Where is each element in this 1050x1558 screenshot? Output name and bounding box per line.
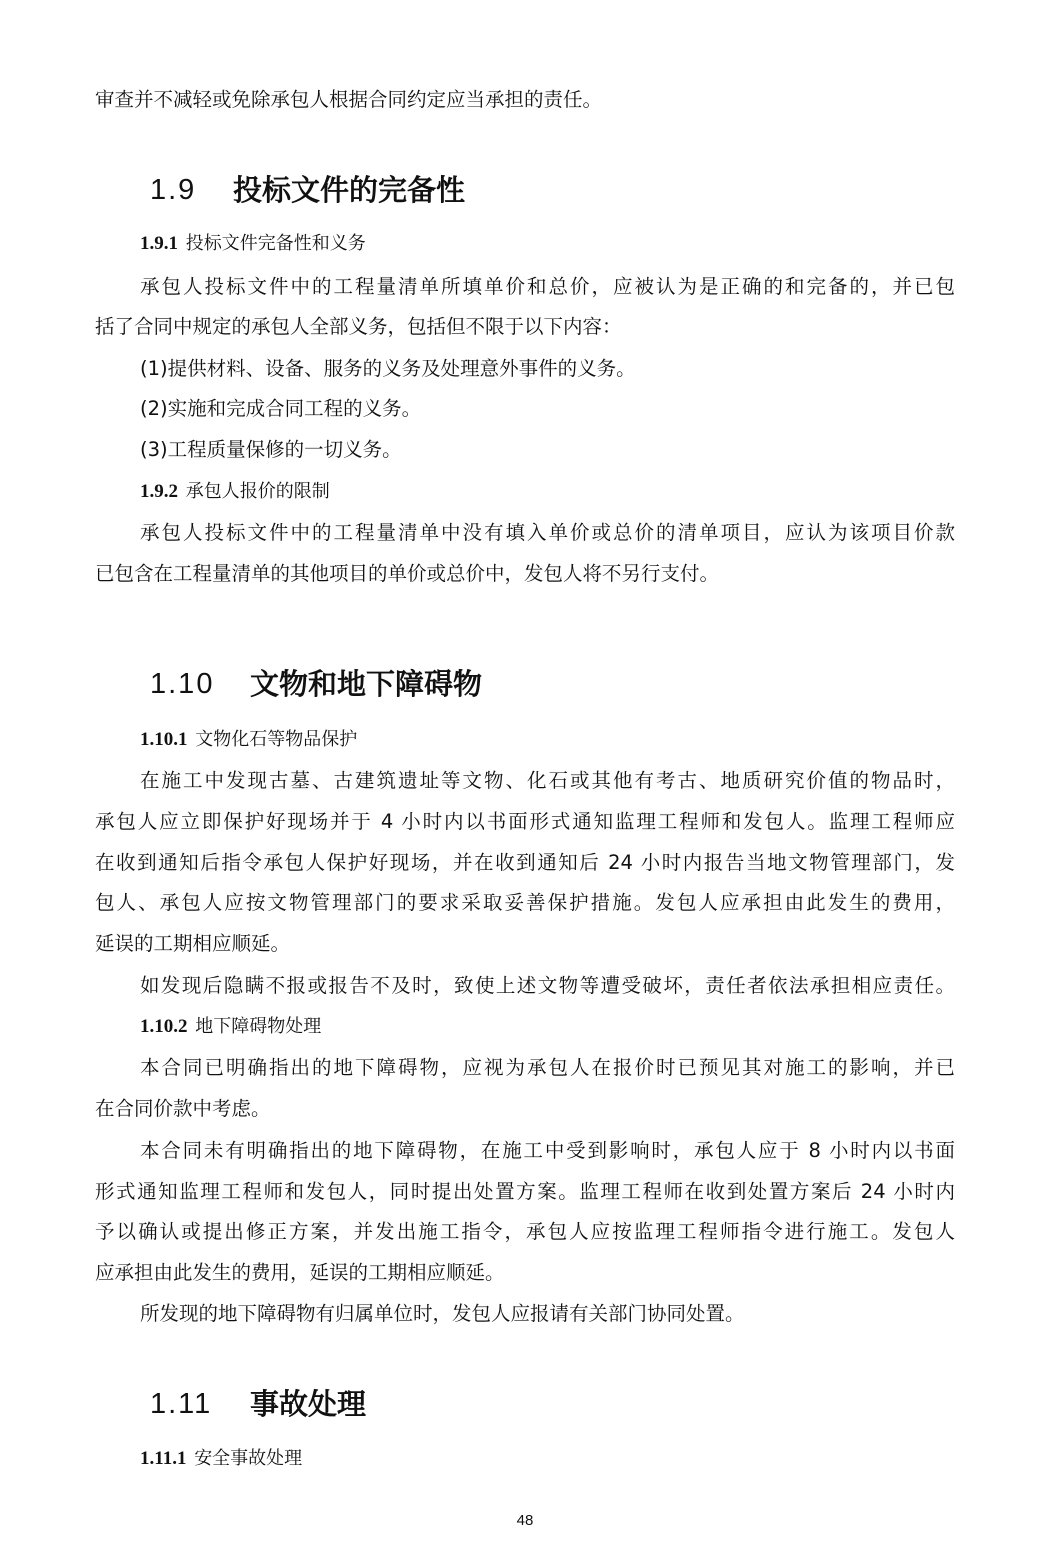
section-title: 文物和地下障碍物: [250, 666, 482, 702]
subsection-heading-1-10-1: 1.10.1 文物化石等物品保护: [140, 728, 357, 752]
subsection-heading-1-10-2: 1.10.2 地下障碍物处理: [140, 1015, 321, 1039]
subsection-title: 安全事故处理: [194, 1448, 302, 1469]
list-item: (1)提供材料、设备、服务的义务及处理意外事件的义务。: [140, 357, 955, 381]
paragraph-line: 应承担由此发生的费用，延误的工期相应顺延。: [95, 1261, 955, 1285]
section-number: 1.9: [150, 172, 196, 208]
paragraph-line: 予以确认或提出修正方案，并发出施工指令，承包人应按监理工程师指令进行施工。发包人: [95, 1220, 955, 1244]
subsection-number: 1.11.1: [140, 1448, 186, 1469]
subsection-title: 承包人报价的限制: [186, 481, 330, 502]
subsection-heading-1-9-1: 1.9.1 投标文件完备性和义务: [140, 232, 366, 256]
subsection-number: 1.10.1: [140, 729, 188, 750]
paragraph-line: 如发现后隐瞒不报或报告不及时，致使上述文物等遭受破坏，责任者依法承担相应责任。: [140, 974, 955, 998]
section-title: 投标文件的完备性: [233, 172, 465, 208]
paragraph-line: 在施工中发现古墓、古建筑遗址等文物、化石或其他有考古、地质研究价值的物品时，: [140, 769, 955, 793]
paragraph-line: 审查并不减轻或免除承包人根据合同约定应当承担的责任。: [95, 88, 955, 112]
paragraph-line: 括了合同中规定的承包人全部义务，包括但不限于以下内容：: [95, 315, 955, 339]
subsection-title: 文物化石等物品保护: [195, 729, 357, 750]
list-item: (3)工程质量保修的一切义务。: [140, 438, 955, 462]
subsection-number: 1.9.2: [140, 481, 178, 502]
paragraph-line: 形式通知监理工程师和发包人，同时提出处置方案。监理工程师在收到处置方案后 24 …: [95, 1180, 955, 1204]
paragraph-line: 承包人应立即保护好现场并于 4 小时内以书面形式通知监理工程师和发包人。监理工程…: [95, 810, 955, 834]
section-number: 1.10: [150, 666, 214, 702]
paragraph-line: 已包含在工程量清单的其他项目的单价或总价中，发包人将不另行支付。: [95, 562, 955, 586]
page-number: 48: [0, 1512, 1050, 1529]
paragraph-line: 延误的工期相应顺延。: [95, 932, 955, 956]
section-title: 事故处理: [250, 1386, 366, 1422]
paragraph-line: 包人、承包人应按文物管理部门的要求采取妥善保护措施。发包人应承担由此发生的费用，: [95, 891, 955, 915]
subsection-heading-1-9-2: 1.9.2 承包人报价的限制: [140, 480, 330, 504]
list-item: (2)实施和完成合同工程的义务。: [140, 397, 955, 421]
subsection-title: 地下障碍物处理: [195, 1016, 321, 1037]
subsection-number: 1.9.1: [140, 233, 178, 254]
paragraph-line: 承包人投标文件中的工程量清单所填单价和总价，应被认为是正确的和完备的，并已包: [140, 275, 955, 299]
section-number: 1.11: [150, 1386, 212, 1422]
paragraph-line: 本合同已明确指出的地下障碍物，应视为承包人在报价时已预见其对施工的影响，并已: [140, 1056, 955, 1080]
paragraph-line: 在收到通知后指令承包人保护好现场，并在收到通知后 24 小时内报告当地文物管理部…: [95, 851, 955, 875]
paragraph-line: 承包人投标文件中的工程量清单中没有填入单价或总价的清单项目，应认为该项目价款: [140, 521, 955, 545]
paragraph-line: 本合同未有明确指出的地下障碍物，在施工中受到影响时，承包人应于 8 小时内以书面: [140, 1139, 955, 1163]
paragraph-line: 在合同价款中考虑。: [95, 1097, 955, 1121]
subsection-title: 投标文件完备性和义务: [186, 233, 366, 254]
subsection-heading-1-11-1: 1.11.1 安全事故处理: [140, 1447, 302, 1471]
paragraph-line: 所发现的地下障碍物有归属单位时，发包人应报请有关部门协同处置。: [140, 1302, 955, 1326]
subsection-number: 1.10.2: [140, 1016, 188, 1037]
